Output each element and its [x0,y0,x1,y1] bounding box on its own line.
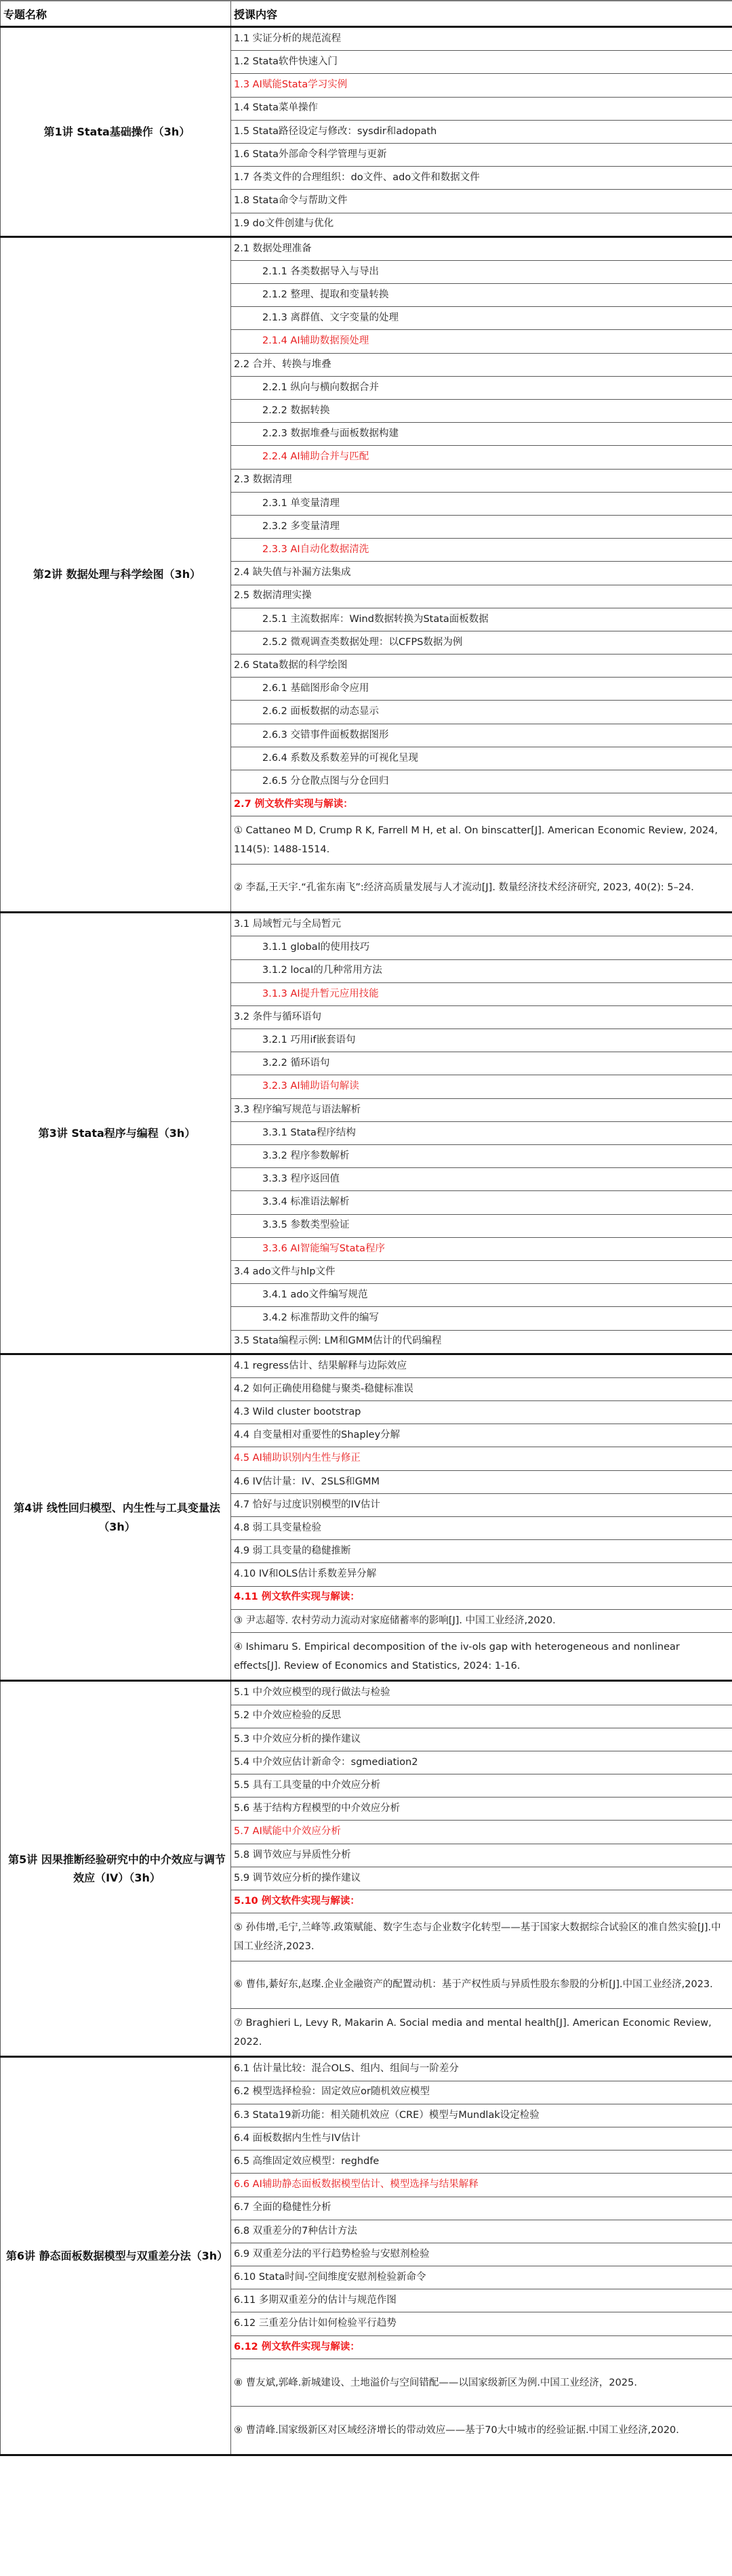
content-item: 2.3.2 多变量清理 [231,515,732,538]
content-item: 2.6.5 分仓散点图与分仓回归 [231,770,732,793]
content-item: 5.2 中介效应检验的反思 [231,1705,732,1728]
content-item: 1.8 Stata命令与帮助文件 [231,190,732,213]
content-item: 2.6.1 基础图形命令应用 [231,678,732,701]
content-item: 5.9 调节效应分析的操作建议 [231,1867,732,1890]
content-item: 6.9 双重差分法的平行趋势检验与安慰剂检验 [231,2243,732,2266]
reference-item: ⑧ 曹友斌,郭峰.新城建设、土地溢价与空间错配——以国家级新区为例.中国工业经济… [231,2359,732,2406]
content-item: 5.3 中介效应分析的操作建议 [231,1728,732,1751]
content-item: 5.8 调节效应与异质性分析 [231,1844,732,1867]
content-item: 3.1.3 AI提升暂元应用技能 [231,982,732,1005]
content-item: 5.5 具有工具变量的中介效应分析 [231,1774,732,1798]
content-item: 5.6 基于结构方程模型的中介效应分析 [231,1798,732,1821]
example-heading: 6.12 例文软件实现与解读： [231,2335,732,2359]
content-item: 6.7 全面的稳健性分析 [231,2197,732,2220]
table-row: 第5讲 因果推断经验研究中的中介效应与调节效应（IV）（3h）5.1 中介效应模… [1,1681,732,1705]
content-item: 3.2.2 循环语句 [231,1052,732,1075]
content-item: 4.9 弱工具变量的稳健推断 [231,1540,732,1563]
content-item: 2.2.1 纵向与横向数据合并 [231,376,732,399]
content-item: 1.3 AI赋能Stata学习实例 [231,74,732,97]
content-item: 5.4 中介效应估计新命令：sgmediation2 [231,1751,732,1774]
content-item: 4.10 IV和OLS估计系数差异分解 [231,1563,732,1586]
content-item: 6.8 双重差分的7种估计方法 [231,2220,732,2243]
content-item: 1.6 Stata外部命令科学管理与更新 [231,143,732,166]
content-item: ③ 尹志超等. 农村劳动力流动对家庭储蓄率的影响[J]. 中国工业经济,2020… [231,1609,732,1632]
content-item: 3.3.2 程序参数解析 [231,1145,732,1168]
reference-item: ⑨ 曹清峰.国家级新区对区域经济增长的带动效应——基于70大中城市的经验证据.中… [231,2407,732,2455]
header-topic: 专题名称 [1,1,231,27]
reference-item: ⑤ 孙伟增,毛宁,兰峰等.政策赋能、数字生态与企业数字化转型——基于国家大数据综… [231,1913,732,1961]
content-item: 2.3.3 AI自动化数据清洗 [231,539,732,562]
reference-item: ⑥ 曹伟,綦好东,赵璨.企业金融资产的配置动机：基于产权性质与异质性股东参股的分… [231,1961,732,2008]
content-item: 2.2.3 数据堆叠与面板数据构建 [231,423,732,446]
content-item: 2.3.1 单变量清理 [231,492,732,515]
lecture-title-1: 第1讲 Stata基础操作（3h） [1,27,231,237]
lecture-title-3: 第3讲 Stata程序与编程（3h） [1,913,231,1354]
lecture-title-4: 第4讲 线性回归模型、内生性与工具变量法（3h） [1,1354,231,1681]
content-item: 3.1 局域暂元与全局暂元 [231,913,732,936]
content-item: 3.3.5 参数类型验证 [231,1214,732,1237]
content-item: 2.6.4 系数及系数差异的可视化呈现 [231,747,732,770]
content-item: 6.5 高维固定效应模型：reghdfe [231,2151,732,2174]
content-item: 2.1.1 各类数据导入与导出 [231,260,732,283]
table-row: 第3讲 Stata程序与编程（3h）3.1 局域暂元与全局暂元 [1,913,732,936]
content-item: 6.10 Stata时间-空间维度安慰剂检验新命令 [231,2266,732,2289]
content-item: 1.4 Stata菜单操作 [231,97,732,120]
content-item: 3.2.1 巧用if嵌套语句 [231,1029,732,1052]
content-item: 2.1.2 整理、提取和变量转换 [231,284,732,307]
content-item: 1.7 各类文件的合理组织：do文件、ado文件和数据文件 [231,167,732,190]
content-item: 6.4 面板数据内生性与IV估计 [231,2127,732,2150]
content-item: 1.5 Stata路径设定与修改：sysdir和adopath [231,120,732,143]
reference-item: ⑦ Braghieri L, Levy R, Makarin A. Social… [231,2009,732,2057]
example-heading: 4.11 例文软件实现与解读： [231,1586,732,1609]
table-row: 第4讲 线性回归模型、内生性与工具变量法（3h）4.1 regress估计、结果… [1,1354,732,1377]
content-item: 1.2 Stata软件快速入门 [231,51,732,74]
content-item: 2.5.1 主流数据库：Wind数据转换为Stata面板数据 [231,608,732,631]
example-heading: 5.10 例文软件实现与解读： [231,1890,732,1913]
content-item: 3.4.2 标准帮助文件的编写 [231,1307,732,1330]
course-table: 专题名称 授课内容 第1讲 Stata基础操作（3h）1.1 实证分析的规范流程… [0,0,732,2456]
content-item: 4.6 IV估计量：IV、2SLS和GMM [231,1470,732,1493]
table-body: 第1讲 Stata基础操作（3h）1.1 实证分析的规范流程1.2 Stata软… [1,27,732,2455]
content-item: 6.11 多期双重差分的估计与规范作图 [231,2289,732,2312]
content-item: 5.7 AI赋能中介效应分析 [231,1821,732,1844]
content-item: 3.3 程序编写规范与语法解析 [231,1098,732,1121]
content-item: 6.12 三重差分估计如何检验平行趋势 [231,2312,732,2335]
table-row: 第2讲 数据处理与科学绘图（3h）2.1 数据处理准备 [1,236,732,260]
content-item: 3.3.1 Stata程序结构 [231,1121,732,1144]
content-item: 2.5.2 微观调查类数据处理：以CFPS数据为例 [231,631,732,654]
content-item: 4.3 Wild cluster bootstrap [231,1401,732,1424]
content-item: 3.1.1 global的使用技巧 [231,936,732,959]
content-item: 5.1 中介效应模型的现行做法与检验 [231,1681,732,1705]
content-item: 4.5 AI辅助识别内生性与修正 [231,1447,732,1470]
lecture-title-6: 第6讲 静态面板数据模型与双重差分法（3h） [1,2057,231,2455]
content-item: 3.2.3 AI辅助语句解读 [231,1075,732,1098]
content-item: 2.1.4 AI辅助数据预处理 [231,330,732,353]
content-item: 4.2 如何正确使用稳健与聚类-稳健标准误 [231,1377,732,1400]
content-item: 2.1 数据处理准备 [231,236,732,260]
reference-item: ② 李磊,王天宇.“孔雀东南飞”:经济高质量发展与人才流动[J]. 数量经济技术… [231,864,732,912]
header-row: 专题名称 授课内容 [1,1,732,27]
content-item: 1.9 do文件创建与优化 [231,213,732,236]
content-item: 2.2.4 AI辅助合并与匹配 [231,446,732,469]
content-item: 3.2 条件与循环语句 [231,1005,732,1029]
content-item: 2.6 Stata数据的科学绘图 [231,655,732,678]
content-item: 2.5 数据清理实操 [231,585,732,608]
reference-item: ④ Ishimaru S. Empirical decomposition of… [231,1632,732,1680]
content-item: 3.3.3 程序返回值 [231,1168,732,1191]
content-item: 3.5 Stata编程示例: LM和GMM估计的代码编程 [231,1330,732,1354]
content-item: 2.6.3 交错事件面板数据图形 [231,724,732,747]
content-item: 4.7 恰好与过度识别模型的IV估计 [231,1493,732,1516]
table-row: 第1讲 Stata基础操作（3h）1.1 实证分析的规范流程 [1,27,732,51]
content-item: 4.8 弱工具变量检验 [231,1517,732,1540]
content-item: 3.3.4 标准语法解析 [231,1191,732,1214]
content-item: 2.4 缺失值与补漏方法集成 [231,562,732,585]
content-item: 6.3 Stata19新功能：相关随机效应（CRE）模型与Mundlak设定检验 [231,2104,732,2127]
content-item: 2.2 合并、转换与堆叠 [231,353,732,376]
example-heading: 2.7 例文软件实现与解读： [231,793,732,816]
lecture-title-2: 第2讲 数据处理与科学绘图（3h） [1,236,231,912]
content-item: 6.2 模型选择检验：固定效应or随机效应模型 [231,2081,732,2104]
content-item: 6.6 AI辅助静态面板数据模型估计、模型选择与结果解释 [231,2174,732,2197]
content-item: 3.4.1 ado文件编写规范 [231,1284,732,1307]
content-item: 1.1 实证分析的规范流程 [231,27,732,51]
content-item: 4.1 regress估计、结果解释与边际效应 [231,1354,732,1377]
table-row: 第6讲 静态面板数据模型与双重差分法（3h）6.1 估计量比较：混合OLS、组内… [1,2057,732,2081]
content-item: 3.3.6 AI智能编写Stata程序 [231,1237,732,1260]
lecture-title-5: 第5讲 因果推断经验研究中的中介效应与调节效应（IV）（3h） [1,1681,231,2057]
content-item: 3.4 ado文件与hlp文件 [231,1260,732,1283]
content-item: 3.1.2 local的几种常用方法 [231,959,732,982]
content-item: 2.1.3 离群值、文字变量的处理 [231,307,732,330]
content-item: 2.6.2 面板数据的动态显示 [231,701,732,724]
content-item: 4.4 自变量相对重要性的Shapley分解 [231,1424,732,1447]
header-content: 授课内容 [231,1,732,27]
content-item: 2.2.2 数据转换 [231,400,732,423]
content-item: 6.1 估计量比较：混合OLS、组内、组间与一阶差分 [231,2057,732,2081]
content-item: 2.3 数据清理 [231,469,732,492]
reference-item: ① Cattaneo M D, Crump R K, Farrell M H, … [231,816,732,864]
